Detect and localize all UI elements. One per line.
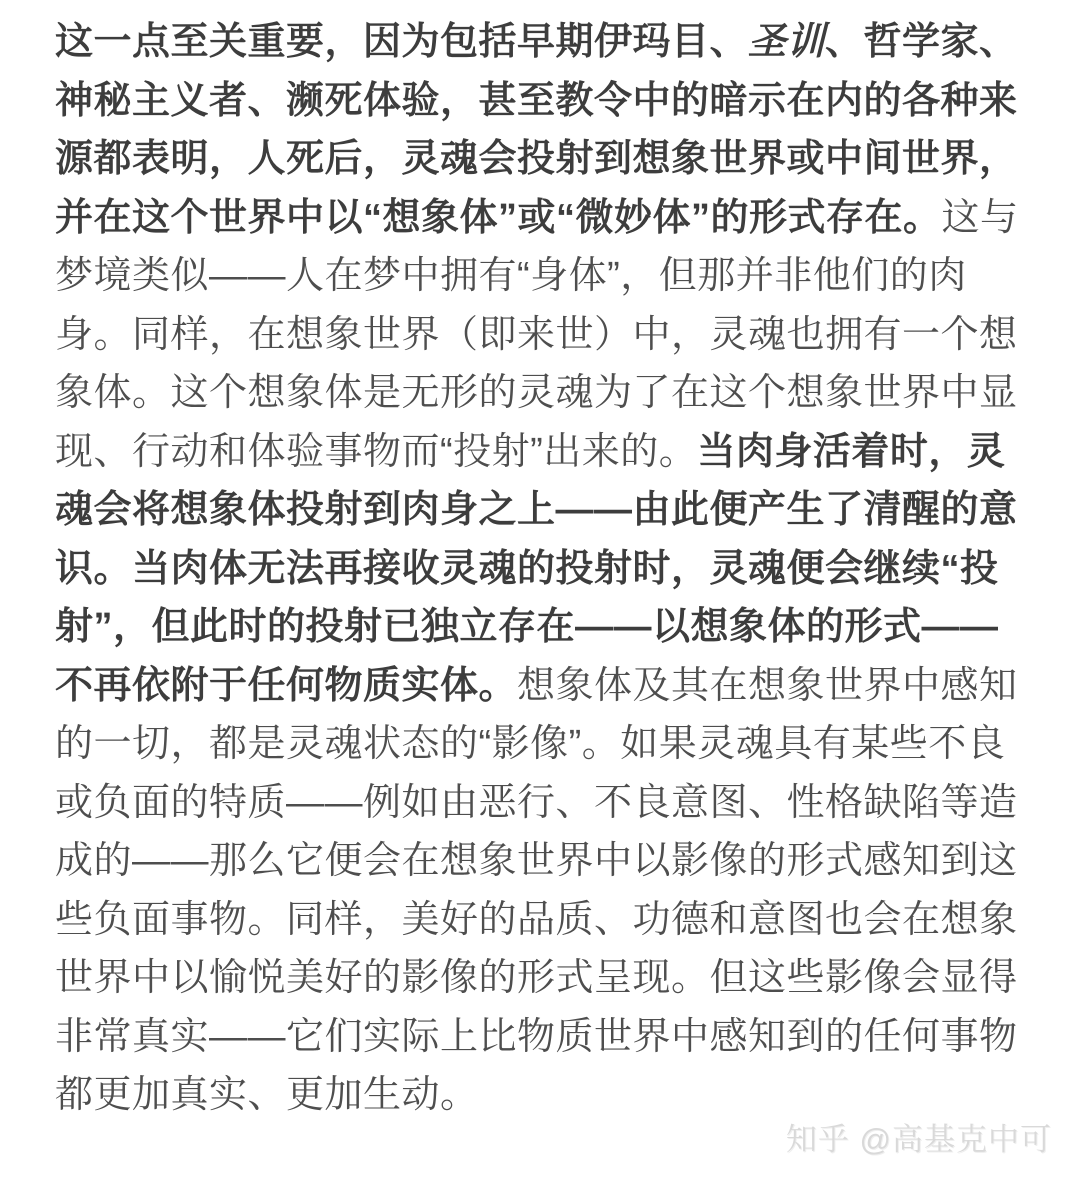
watermark-text: 知乎 @高基克中可 [786, 1122, 1052, 1157]
text-line: 象体。这个想象体是无形的灵魂为了在这个想象世界中显 [55, 364, 1050, 423]
text-line: 非常真实——它们实际上比物质世界中感知到的任何事物 [55, 1008, 1050, 1067]
text-line: 世界中以愉悦美好的影像的形式呈现。但这些影像会显得 [55, 949, 1050, 1008]
zhihu-watermark: 知乎 @高基克中可 [786, 1120, 1052, 1160]
text-segment: 并在这个世界中以“想象体”或“微妙体”的形式存在。 [55, 197, 942, 239]
text-segment: 射”，但此时的投射已独立存在——以想象体的形式—— [55, 606, 999, 648]
text-segment: 源都表明，人死后，灵魂会投射到想象世界或中间世界， [55, 138, 1018, 180]
text-segment: 成的——那么它便会在想象世界中以影像的形式感知到这 [55, 840, 1018, 882]
text-segment: 都更加真实、更加生动。 [55, 1074, 479, 1116]
text-line: 识。当肉体无法再接收灵魂的投射时，灵魂便会继续“投 [55, 540, 1050, 599]
text-segment: 身。同样，在想象世界（即来世）中，灵魂也拥有一个想 [55, 314, 1018, 356]
paragraph: 这一点至关重要，因为包括早期伊玛目、圣训、哲学家、 神秘主义者、濒死体验，甚至教… [55, 13, 1050, 1125]
text-line: 神秘主义者、濒死体验，甚至教令中的暗示在内的各种来 [55, 72, 1050, 131]
text-line: 成的——那么它便会在想象世界中以影像的形式感知到这 [55, 832, 1050, 891]
text-segment: 现、行动和体验事物而“投射”出来的。 [55, 431, 697, 473]
text-line: 身。同样，在想象世界（即来世）中，灵魂也拥有一个想 [55, 306, 1050, 365]
text-line: 射”，但此时的投射已独立存在——以想象体的形式—— [55, 598, 1050, 657]
text-segment: 非常真实——它们实际上比物质世界中感知到的任何事物 [55, 1016, 1018, 1058]
text-segment: 魂会将想象体投射到肉身之上——由此便产生了清醒的意 [55, 489, 1018, 531]
text-line: 不再依附于任何物质实体。想象体及其在想象世界中感知 [55, 657, 1050, 716]
text-segment: 想象体及其在想象世界中感知 [517, 665, 1018, 707]
text-line: 些负面事物。同样，美好的品质、功德和意图也会在想象 [55, 891, 1050, 950]
text-line: 并在这个世界中以“想象体”或“微妙体”的形式存在。这与 [55, 189, 1050, 248]
text-segment: 或负面的特质——例如由恶行、不良意图、性格缺陷等造 [55, 782, 1018, 824]
text-line: 或负面的特质——例如由恶行、不良意图、性格缺陷等造 [55, 774, 1050, 833]
text-segment: 的一切，都是灵魂状态的“影像”。如果灵魂具有某些不良 [55, 723, 1005, 765]
text-segment: 这与 [942, 197, 1019, 239]
text-line: 梦境类似——人在梦中拥有“身体”，但那并非他们的肉 [55, 247, 1050, 306]
text-segment: 象体。这个想象体是无形的灵魂为了在这个想象世界中显 [55, 372, 1018, 414]
text-line: 魂会将想象体投射到肉身之上——由此便产生了清醒的意 [55, 481, 1050, 540]
text-segment: 梦境类似——人在梦中拥有“身体”，但那并非他们的肉 [55, 255, 967, 297]
text-segment: 、哲学家、 [825, 21, 1018, 63]
text-segment: 世界中以愉悦美好的影像的形式呈现。但这些影像会显得 [55, 957, 1018, 999]
text-segment: 识。当肉体无法再接收灵魂的投射时，灵魂便会继续“投 [55, 548, 999, 590]
text-line: 现、行动和体验事物而“投射”出来的。当肉身活着时，灵 [55, 423, 1050, 482]
text-segment: 这一点至关重要，因为包括早期伊玛目、 [55, 21, 748, 63]
text-segment: 当肉身活着时，灵 [697, 431, 1005, 473]
text-line: 这一点至关重要，因为包括早期伊玛目、圣训、哲学家、 [55, 13, 1050, 72]
text-segment: 些负面事物。同样，美好的品质、功德和意图也会在想象 [55, 899, 1018, 941]
text-line: 源都表明，人死后，灵魂会投射到想象世界或中间世界， [55, 130, 1050, 189]
text-segment-italic: 圣训 [748, 21, 825, 63]
text-segment: 神秘主义者、濒死体验，甚至教令中的暗示在内的各种来 [55, 80, 1018, 122]
text-line: 都更加真实、更加生动。 [55, 1066, 1050, 1125]
text-segment: 不再依附于任何物质实体。 [55, 665, 517, 707]
text-line: 的一切，都是灵魂状态的“影像”。如果灵魂具有某些不良 [55, 715, 1050, 774]
